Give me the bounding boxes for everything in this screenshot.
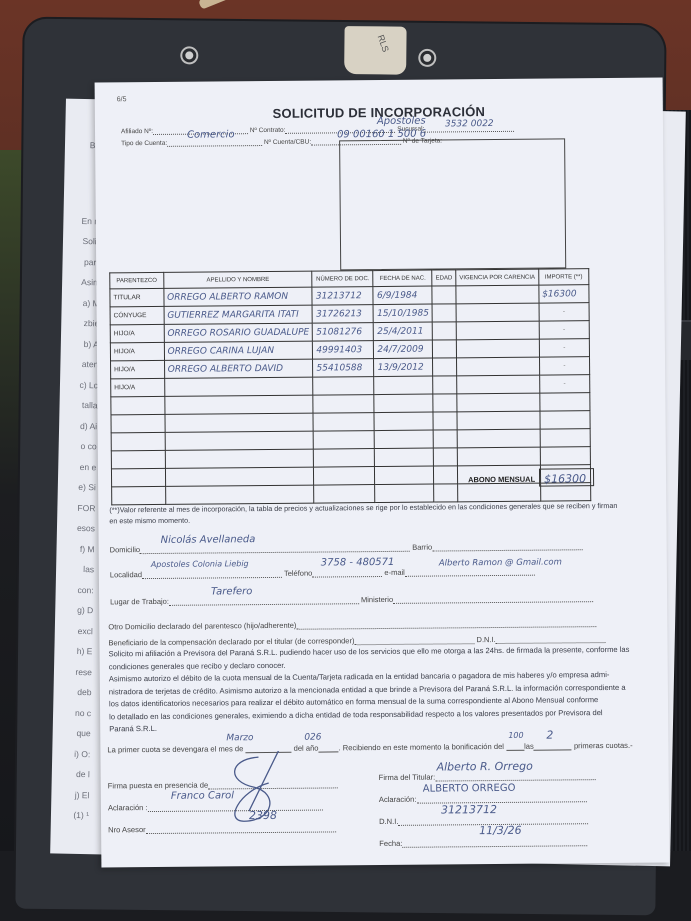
tipo-cuenta-value: Comercio: [187, 129, 235, 140]
first-fee-year: 026: [304, 733, 321, 743]
asesor-value: 2398: [249, 809, 277, 822]
back-sheet-fragment: aten: [70, 358, 98, 372]
aclaracion-left-value: Franco Carol: [171, 790, 234, 802]
eyelet-icon: [420, 51, 434, 65]
cell-nac[interactable]: 13/9/2012: [374, 358, 433, 377]
fecha-field[interactable]: Fecha:: [379, 837, 587, 848]
cell-doc[interactable]: [314, 485, 375, 504]
declaration-text: Solicito mi afiliación a Previsora del P…: [109, 644, 630, 736]
cell-importe[interactable]: [540, 393, 590, 411]
cell-doc[interactable]: 31213712: [312, 287, 373, 306]
cell-nac[interactable]: [374, 394, 433, 413]
cell-nombre[interactable]: [164, 377, 313, 396]
cell-doc[interactable]: [313, 413, 374, 432]
cell-edad[interactable]: [434, 466, 458, 484]
trabajo-value: Tarefero: [211, 586, 252, 597]
cell-nac[interactable]: [375, 466, 434, 485]
otro-domicilio-field[interactable]: Otro Domicilio declarado del parentesco …: [108, 618, 596, 631]
cell-nombre[interactable]: [165, 467, 314, 486]
cell-vigencia[interactable]: [457, 375, 540, 394]
cell-vigencia[interactable]: [457, 429, 540, 448]
cell-nombre[interactable]: [165, 485, 314, 504]
first-fee-line: La primer cuota se devengara el mes de d…: [107, 741, 632, 755]
tape-label: RLS: [344, 26, 406, 75]
cell-nac[interactable]: [374, 412, 433, 431]
cell-edad[interactable]: [433, 358, 457, 376]
cell-doc[interactable]: [314, 467, 375, 486]
fecha-value: 11/3/26: [479, 824, 522, 837]
cell-nombre[interactable]: ORREGO ROSARIO GUADALUPE: [164, 323, 313, 342]
cell-edad[interactable]: [433, 376, 457, 394]
column-header: IMPORTE (**): [538, 269, 588, 285]
cell-vigencia[interactable]: [457, 357, 540, 376]
cell-vigencia[interactable]: [456, 339, 539, 358]
cell-edad[interactable]: [433, 412, 457, 430]
cell-edad[interactable]: [433, 430, 457, 448]
dni-value: 31213712: [441, 803, 497, 816]
cell-nac[interactable]: [374, 376, 433, 395]
photo-box: [339, 138, 566, 270]
cell-nac[interactable]: 15/10/1985: [374, 304, 433, 323]
cell-edad[interactable]: [433, 340, 457, 358]
cell-parentezco[interactable]: [111, 468, 165, 486]
cuotas-value: 2: [546, 729, 553, 742]
cell-nac[interactable]: 24/7/2009: [374, 340, 433, 359]
cell-importe[interactable]: $16300: [539, 285, 589, 303]
cell-importe[interactable]: [540, 447, 590, 465]
cell-nombre[interactable]: [165, 431, 314, 450]
back-sheet-fragment: b) A: [71, 337, 99, 351]
cuenta-cbu-value: 09 00160 1 500 6: [337, 129, 426, 141]
cell-nac[interactable]: [375, 430, 434, 449]
back-sheet-fragment: f) M: [66, 542, 94, 556]
cell-parentezco[interactable]: HIJO/A: [111, 378, 165, 396]
cell-parentezco[interactable]: HIJO/A: [110, 324, 164, 342]
cell-parentezco[interactable]: [111, 414, 165, 432]
cell-nombre[interactable]: GUTIERREZ MARGARITA ITATI: [164, 305, 313, 324]
cell-doc[interactable]: 51081276: [313, 323, 374, 342]
cell-parentezco[interactable]: [111, 396, 165, 414]
cell-nombre[interactable]: [165, 413, 314, 432]
asesor-field[interactable]: Nro Asesor: [108, 823, 336, 834]
back-sheet-fragment: h) E: [64, 645, 92, 659]
cell-nac[interactable]: 6/9/1984: [373, 286, 432, 305]
cell-edad[interactable]: [432, 304, 456, 322]
back-sheet-fragment: esos: [67, 522, 95, 536]
column-header: FECHA DE NAC.: [373, 270, 432, 287]
back-sheet-fragment: (1) ¹: [61, 809, 89, 823]
cell-edad[interactable]: [433, 322, 457, 340]
column-header: APELLIDO Y NOMBRE: [163, 271, 312, 288]
localidad-value: Apostoles Colonia Liebig: [151, 559, 249, 569]
email-value: Alberto Ramon @ Gmail.com: [439, 557, 562, 568]
cell-parentezco[interactable]: TITULAR: [110, 288, 164, 306]
cell-vigencia[interactable]: [457, 393, 540, 412]
cell-parentezco[interactable]: [111, 450, 165, 468]
sucursal-extra: 3532 0022: [445, 119, 494, 129]
cell-vigencia[interactable]: [456, 303, 539, 322]
back-sheet-fragment: e) Si: [68, 481, 96, 495]
cell-nac[interactable]: [375, 484, 434, 503]
cell-nombre[interactable]: ORREGO ALBERTO RAMON: [164, 287, 313, 306]
back-sheet-fragment: en e: [68, 460, 96, 474]
column-header: EDAD: [432, 270, 456, 286]
bonificacion-value: 100: [508, 731, 523, 740]
cell-doc[interactable]: [313, 377, 374, 396]
back-sheet-fragment: que: [63, 727, 91, 741]
family-table: PARENTEZCOAPELLIDO Y NOMBRENÚMERO DE DOC…: [109, 268, 591, 505]
cell-vigencia[interactable]: [458, 483, 541, 502]
cell-importe[interactable]: -: [539, 339, 589, 357]
cell-doc[interactable]: [314, 431, 375, 450]
column-header: PARENTEZCO: [110, 272, 164, 288]
cell-importe[interactable]: -: [539, 375, 589, 393]
back-sheet-fragment: j) El: [61, 788, 89, 802]
page-number: 6/5: [117, 96, 127, 103]
cell-parentezco[interactable]: HIJO/A: [111, 360, 165, 378]
cell-nombre[interactable]: ORREGO ALBERTO DAVID: [164, 359, 313, 378]
cell-parentezco[interactable]: [112, 486, 166, 504]
form-sheet: 6/5 SOLICITUD DE INCORPORACIÓN Afiliado …: [95, 78, 670, 868]
cell-edad[interactable]: [434, 484, 458, 502]
cell-doc[interactable]: [314, 449, 375, 468]
cell-importe[interactable]: -: [539, 321, 589, 339]
cell-importe[interactable]: -: [539, 303, 589, 321]
column-header: VIGENCIA POR CARENCIA: [456, 269, 539, 286]
sucursal-value: Apostoles: [377, 116, 426, 127]
back-sheet-fragment: zbie: [71, 317, 99, 331]
cell-vigencia[interactable]: [457, 411, 540, 430]
back-sheet-fragment: rese: [64, 665, 92, 679]
cell-vigencia[interactable]: [457, 447, 540, 466]
column-header: NÚMERO DE DOC.: [312, 271, 373, 288]
cell-vigencia[interactable]: [456, 285, 539, 304]
back-sheet-fragment: o co: [69, 440, 97, 454]
cell-doc[interactable]: 55410588: [313, 359, 374, 378]
cell-edad[interactable]: [433, 394, 457, 412]
back-sheet-fragment: con:: [66, 583, 94, 597]
telefono-value: 3758 - 480571: [321, 557, 395, 569]
cell-nombre[interactable]: ORREGO CARINA LUJAN: [164, 341, 313, 360]
cell-doc[interactable]: 31726213: [312, 305, 373, 324]
cell-nac[interactable]: 25/4/2011: [374, 322, 433, 341]
cell-importe[interactable]: -: [539, 357, 589, 375]
cell-importe[interactable]: [540, 429, 590, 447]
cell-vigencia[interactable]: [456, 321, 539, 340]
cell-nombre[interactable]: [165, 449, 314, 468]
back-sheet-fragment: talla: [69, 399, 97, 413]
back-sheet-fragment: no c: [63, 706, 91, 720]
cell-parentezco[interactable]: CÓNYUGE: [110, 306, 164, 324]
abono-mensual-label: ABONO MENSUAL: [468, 475, 535, 485]
firma-titular-value: Alberto R. Orrego: [437, 760, 533, 774]
abono-mensual-value-box[interactable]: $16300: [539, 468, 594, 486]
cell-parentezco[interactable]: [111, 432, 165, 450]
eyelet-icon: [182, 48, 196, 62]
trabajo-field[interactable]: Lugar de Trabajo: Ministerio: [110, 593, 593, 606]
back-sheet-fragment: deb: [63, 686, 91, 700]
footnote: (**)Valor referente al mes de incorporac…: [109, 500, 619, 526]
back-sheet-fragment: g) D: [65, 604, 93, 618]
back-sheet-fragment: i) O:: [62, 747, 90, 761]
cell-importe[interactable]: [540, 411, 590, 429]
cell-edad[interactable]: [434, 448, 458, 466]
back-sheet-fragment: FOR: [67, 501, 95, 515]
back-sheet-fragment: las: [66, 563, 94, 577]
aclaracion-right-value: ALBERTO ORREGO: [423, 783, 516, 795]
cell-nac[interactable]: [375, 448, 434, 467]
back-sheet-fragment: de l: [62, 768, 90, 782]
domicilio-value: Nicolás Avellaneda: [161, 534, 256, 546]
cell-parentezco[interactable]: HIJO/A: [110, 342, 164, 360]
aclaracion-left-field[interactable]: Aclaración :: [108, 802, 323, 813]
cell-nombre[interactable]: [164, 395, 313, 414]
first-fee-month: Marzo: [226, 733, 253, 743]
cell-edad[interactable]: [432, 286, 456, 304]
cell-doc[interactable]: [313, 395, 374, 414]
back-sheet-fragment: c) Lc: [70, 378, 98, 392]
cell-doc[interactable]: 49991403: [313, 341, 374, 360]
back-sheet-fragment: excl: [65, 624, 93, 638]
back-sheet-fragment: d) Ai: [69, 419, 97, 433]
